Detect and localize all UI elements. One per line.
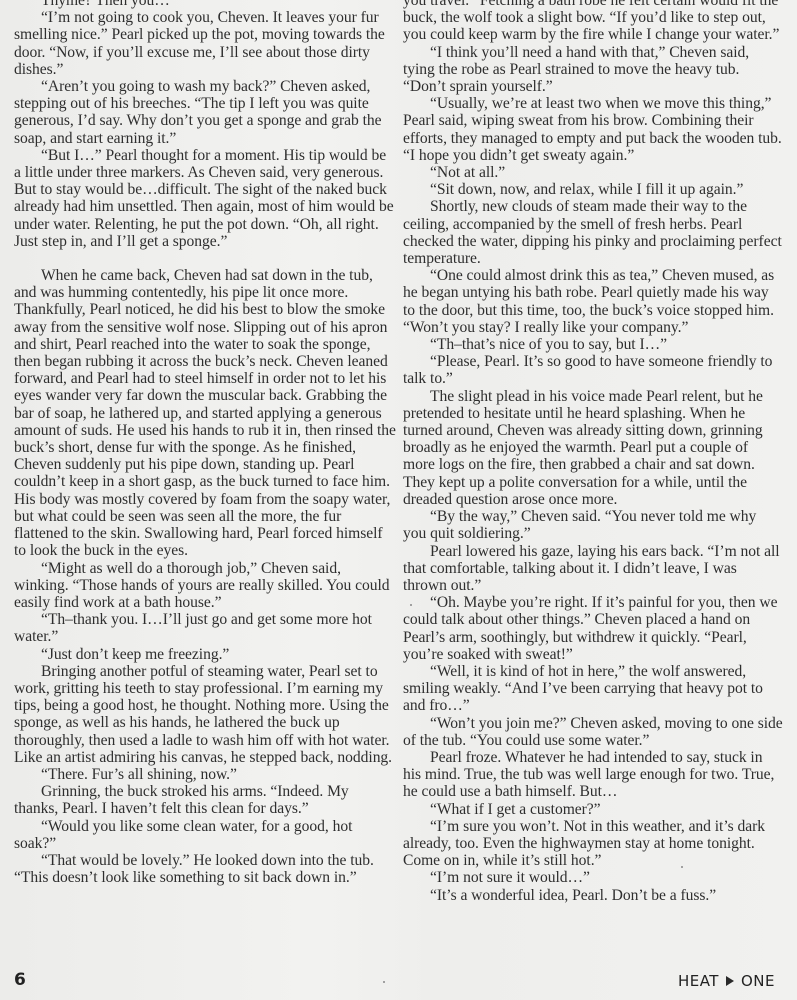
paragraph: “That would be lovely.” He looked down i… (14, 852, 396, 886)
paragraph: “Sit down, now, and relax, while I fill … (403, 181, 783, 198)
publication-name-right: ONE (741, 972, 775, 990)
paragraph: “Would you like some clean water, for a … (14, 818, 396, 852)
magazine-page: Thyme? Then you… “I’m not going to cook … (0, 0, 797, 1000)
print-speck (410, 604, 412, 606)
right-text-column: you travel.” Fetching a bath robe he fel… (403, 0, 783, 904)
paragraph: “Th–thank you. I…I’ll just go and get so… (14, 611, 396, 645)
paragraph: Bringing another potful of steaming wate… (14, 663, 396, 766)
paragraph: “Oh. Maybe you’re right. If it’s painful… (403, 594, 783, 663)
paragraph: Shortly, new clouds of steam made their … (403, 198, 783, 267)
print-speck (681, 866, 683, 868)
paragraph: Grinning, the buck stroked his arms. “In… (14, 783, 396, 817)
publication-footer: HEAT ONE (678, 972, 775, 990)
left-text-column: Thyme? Then you… “I’m not going to cook … (14, 0, 396, 886)
paragraph: Pearl froze. Whatever he had intended to… (403, 749, 783, 801)
paragraph: “Not at all.” (403, 164, 783, 181)
paragraph: “Th–that’s nice of you to say, but I…” (403, 336, 783, 353)
paragraph: “But I…” Pearl thought for a moment. His… (14, 147, 396, 250)
paragraph: you travel.” Fetching a bath robe he fel… (403, 0, 783, 44)
page-number: 6 (14, 970, 26, 990)
paragraph: “Please, Pearl. It’s so good to have som… (403, 353, 783, 387)
paragraph: “There. Fur’s all shining, now.” (14, 766, 396, 783)
paragraph: Pearl lowered his gaze, laying his ears … (403, 543, 783, 595)
paragraph: “It’s a wonderful idea, Pearl. Don’t be … (403, 887, 783, 904)
paragraph: “I’m not sure it would…” (403, 869, 783, 886)
paragraph: The slight plead in his voice made Pearl… (403, 388, 783, 508)
paragraph: “Won’t you join me?” Cheven asked, movin… (403, 715, 783, 749)
paragraph: “I’m not going to cook you, Cheven. It l… (14, 9, 396, 78)
paragraph: “Aren’t you going to wash my back?” Chev… (14, 78, 396, 147)
right-triangle-icon (726, 976, 734, 986)
paragraph: “Well, it is kind of hot in here,” the w… (403, 663, 783, 715)
paragraph: “Usually, we’re at least two when we mov… (403, 95, 783, 164)
paragraph: “I think you’ll need a hand with that,” … (403, 44, 783, 96)
paragraph: “What if I get a customer?” (403, 801, 783, 818)
paragraph: “Might as well do a thorough job,” Cheve… (14, 560, 396, 612)
paragraph: “By the way,” Cheven said. “You never to… (403, 508, 783, 542)
paragraph: “Just don’t keep me freezing.” (14, 646, 396, 663)
print-speck (383, 981, 385, 983)
paragraph: Thyme? Then you… (14, 0, 396, 9)
paragraph: “One could almost drink this as tea,” Ch… (403, 267, 783, 336)
publication-name-left: HEAT (678, 972, 719, 990)
paragraph: “I’m sure you won’t. Not in this weather… (403, 818, 783, 870)
paragraph: When he came back, Cheven had sat down i… (14, 267, 396, 559)
